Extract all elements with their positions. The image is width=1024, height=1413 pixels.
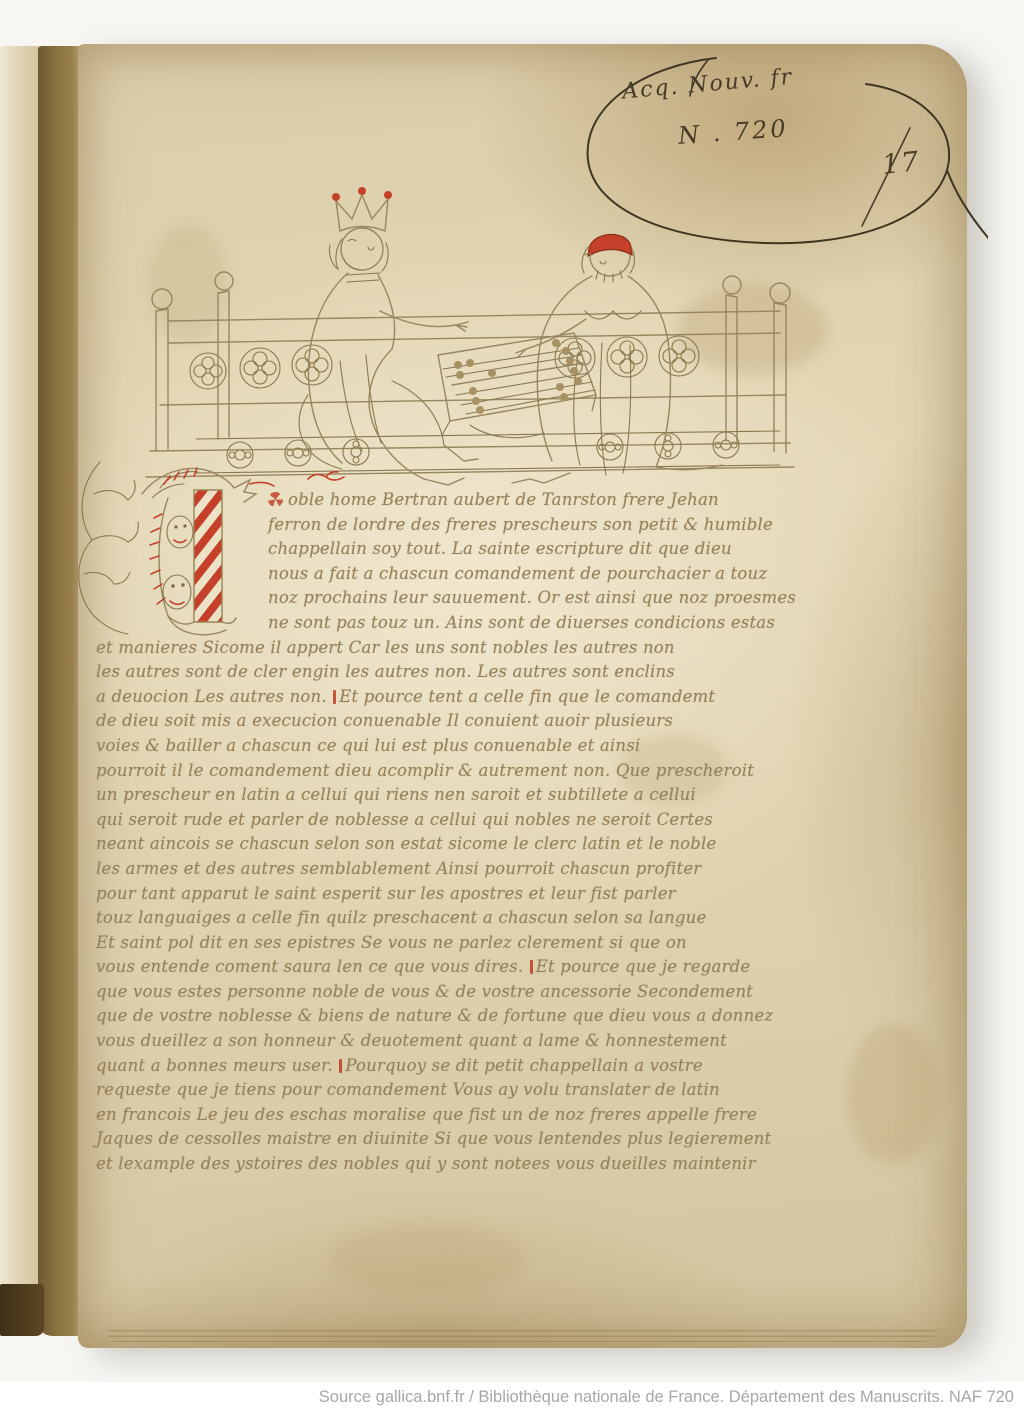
manuscript-line: les armes et des autres semblablement Ai… bbox=[96, 857, 896, 882]
manuscript-line: ne sont pas touz un. Ains sont de diuers… bbox=[96, 611, 896, 636]
manuscript-line: en francois Le jeu des eschas moralise q… bbox=[96, 1103, 896, 1128]
folio-number: 17 bbox=[880, 146, 921, 181]
binding-bottom-corner bbox=[0, 1284, 44, 1336]
folio-number-block: 17 bbox=[854, 122, 944, 232]
manuscript-line: noz prochains leur sauuement. Or est ain… bbox=[96, 586, 896, 611]
bench-tracery bbox=[190, 336, 699, 389]
manuscript-line: vous entende coment saura len ce que vou… bbox=[96, 955, 896, 980]
manuscript-line: que vous estes personne noble de vous & … bbox=[96, 980, 896, 1005]
rubric-red-touch bbox=[339, 1059, 342, 1073]
manuscript-line: touz languaiges a celle fin quilz presch… bbox=[96, 906, 896, 931]
manuscript-line: de dieu soit mis a execucion conuenable … bbox=[96, 709, 896, 734]
manuscript-line: quant a bonnes meurs user. Pourquoy se d… bbox=[96, 1054, 896, 1079]
source-caption: Source gallica.bnf.fr / Bibliothèque nat… bbox=[319, 1388, 1014, 1407]
manuscript-line: que de vostre noblesse & biens de nature… bbox=[96, 1004, 896, 1029]
manuscript-line: a deuocion Les autres non. Et pource ten… bbox=[96, 685, 896, 710]
manuscript-line: Et saint pol dit en ses epistres Se vous… bbox=[96, 931, 896, 956]
manuscript-line: oble home Bertran aubert de Tanrston fre… bbox=[96, 488, 896, 513]
king-figure bbox=[299, 187, 478, 485]
manuscript-viewer-page: Acq. Nouv. fr N . 720 17 bbox=[0, 0, 1024, 1413]
manuscript-line: pourroit il le comandement dieu acomplir… bbox=[96, 759, 896, 784]
photo-backdrop: Acq. Nouv. fr N . 720 17 bbox=[0, 0, 1024, 1382]
manuscript-line: vous dueillez a son honneur & deuotement… bbox=[96, 1029, 896, 1054]
gallica-caption-bar: Source gallica.bnf.fr / Bibliothèque nat… bbox=[0, 1382, 1024, 1413]
manuscript-line: qui seroit rude et parler de noblesse a … bbox=[96, 808, 896, 833]
crown bbox=[336, 195, 388, 231]
rubric-red-touch bbox=[530, 960, 533, 974]
miniature-drawing bbox=[140, 143, 800, 488]
manuscript-line: neant aincois se chascun selon son estat… bbox=[96, 832, 896, 857]
book-gutter bbox=[38, 46, 80, 1336]
manuscript-text: oble home Bertran aubert de Tanrston fre… bbox=[96, 488, 896, 1177]
rubric-red-touch bbox=[333, 690, 336, 704]
parchment-stain bbox=[328, 1224, 528, 1294]
manuscript-line: chappellain soy tout. La sainte escriptu… bbox=[96, 537, 896, 562]
manuscript-line: et lexample des ystoires des nobles qui … bbox=[96, 1152, 896, 1177]
manuscript-line: Jaques de cessolles maistre en diuinite … bbox=[96, 1127, 896, 1152]
manuscript-line: et manieres Sicome il appert Car les uns… bbox=[96, 636, 896, 661]
cadel-initial-N bbox=[268, 492, 283, 507]
manuscript-line: un prescheur en latin a cellui qui riens… bbox=[96, 783, 896, 808]
manuscript-line: ferron de lordre des freres prescheurs s… bbox=[96, 513, 896, 538]
manuscript-line: pour tant apparut le saint esperit sur l… bbox=[96, 882, 896, 907]
game-board bbox=[438, 333, 596, 438]
game-pieces bbox=[454, 339, 582, 414]
manuscript-line: requeste que je tiens pour comandement V… bbox=[96, 1078, 896, 1103]
red-marginal-doodle bbox=[308, 472, 344, 480]
page-stack-edges bbox=[108, 1326, 938, 1342]
miniature-game-scene bbox=[140, 143, 800, 488]
manuscript-line: les autres sont de cler engin les autres… bbox=[96, 660, 896, 685]
previous-page-edge bbox=[0, 46, 40, 1294]
manuscript-line: nous a fait a chascun comandement de pou… bbox=[96, 562, 896, 587]
manuscript-line: voies & bailler a chascun ce qui lui est… bbox=[96, 734, 896, 759]
parchment-folio-17r: Acq. Nouv. fr N . 720 17 bbox=[78, 44, 967, 1348]
red-cap bbox=[588, 234, 632, 256]
